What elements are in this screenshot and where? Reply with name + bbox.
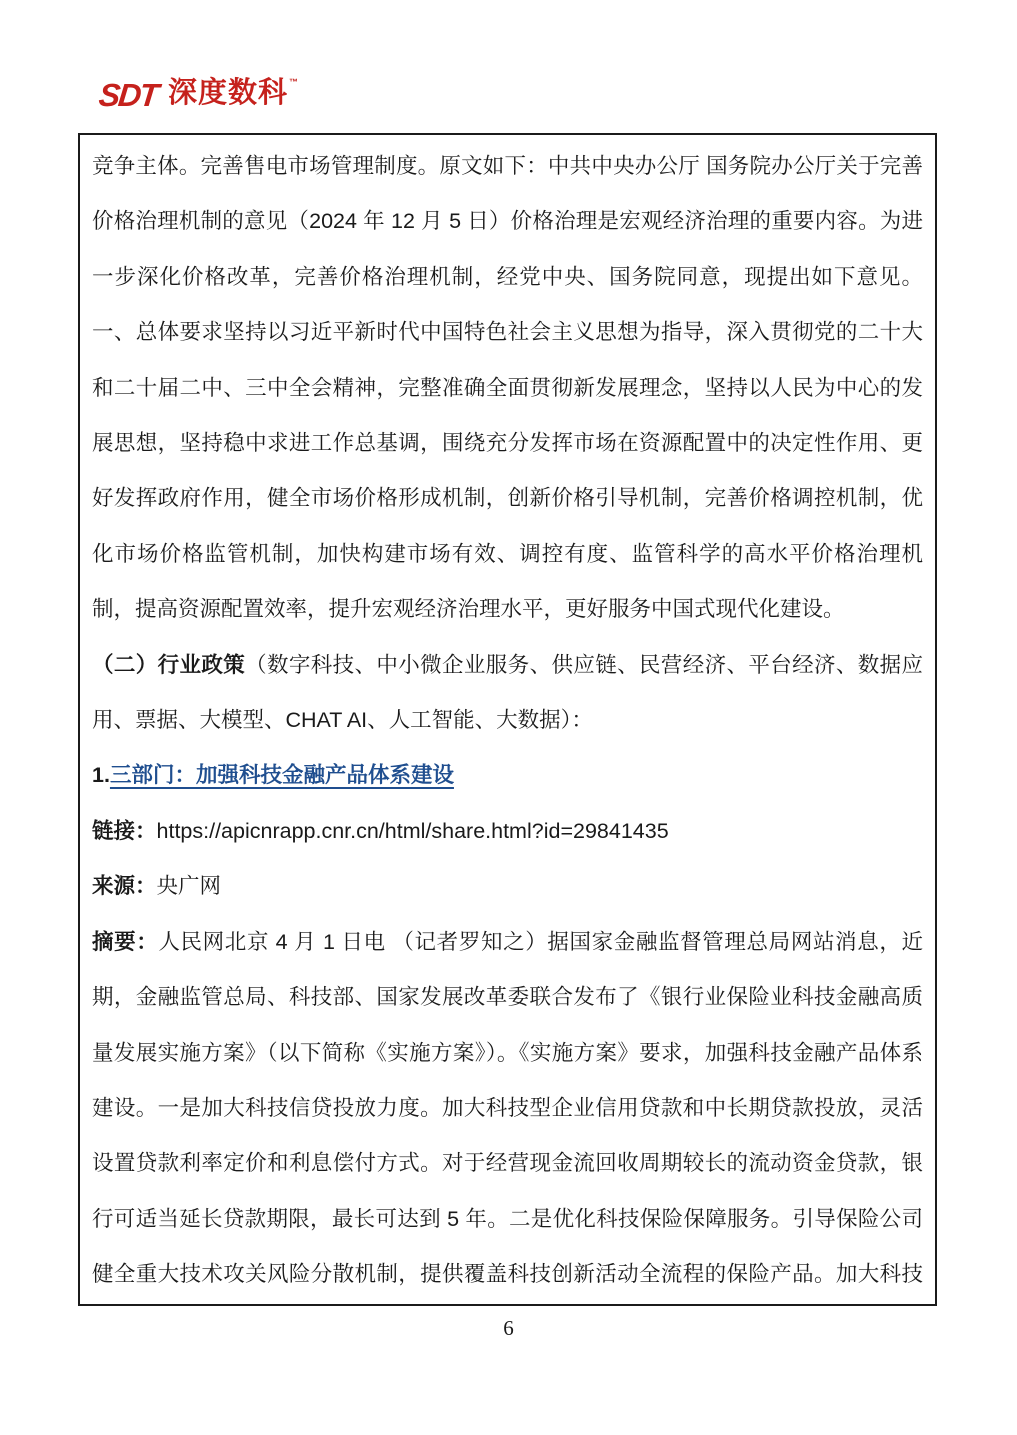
logo-sdt-mark: SDT [97, 79, 158, 111]
logo-wordmark: 深度数科 [168, 79, 288, 108]
paragraph: 来源：央广网 [92, 859, 923, 914]
paragraph-text: 人民网北京 4 月 1 日电 （记者罗知之）据国家金融监督管理总局网站消息，近期… [92, 930, 923, 1306]
content-box: 竞争主体。完善售电市场管理制度。原文如下：中共中央办公厅 国务院办公厅关于完善价… [78, 133, 937, 1306]
paragraph-text: 摘要： [92, 930, 158, 954]
paragraph: 竞争主体。完善售电市场管理制度。原文如下：中共中央办公厅 国务院办公厅关于完善价… [92, 139, 923, 638]
paragraph: 1.三部门：加强科技金融产品体系建设 [92, 748, 923, 803]
paragraph: 摘要：人民网北京 4 月 1 日电 （记者罗知之）据国家金融监督管理总局网站消息… [92, 915, 923, 1306]
page-number: 6 [0, 1316, 1017, 1341]
logo-trademark-icon: ™ [289, 78, 298, 87]
paragraph-text: 央广网 [157, 874, 222, 898]
paragraph-text: （二）行业政策 [92, 653, 245, 677]
paragraph-text: https://apicnrapp.cnr.cn/html/share.html… [157, 819, 669, 843]
paragraph-text: 链接： [92, 819, 157, 843]
article-link[interactable]: 三部门：加强科技金融产品体系建设 [110, 763, 454, 787]
paragraph-text: 1. [92, 763, 110, 787]
paragraph-text: 来源： [92, 874, 157, 898]
paragraph: 链接：https://apicnrapp.cnr.cn/html/share.h… [92, 804, 923, 859]
paragraph: （二）行业政策（数字科技、中小微企业服务、供应链、民营经济、平台经济、数据应用、… [92, 638, 923, 749]
document-body: 竞争主体。完善售电市场管理制度。原文如下：中共中央办公厅 国务院办公厅关于完善价… [92, 139, 923, 1306]
logo: SDT 深度数科 ™ [99, 79, 298, 111]
paragraph-text: 竞争主体。完善售电市场管理制度。原文如下：中共中央办公厅 国务院办公厅关于完善价… [92, 154, 923, 621]
